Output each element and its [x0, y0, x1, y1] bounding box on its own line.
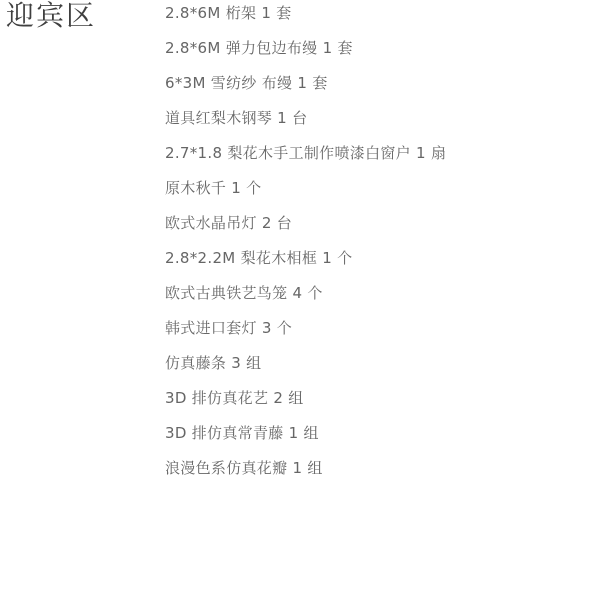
list-item: 原木秋千 1 个: [165, 171, 446, 206]
list-item: 3D 排仿真花艺 2 组: [165, 381, 446, 416]
list-item: 2.8*6M 桁架 1 套: [165, 0, 446, 31]
list-item: 浪漫色系仿真花瓣 1 组: [165, 451, 446, 486]
list-item: 仿真藤条 3 组: [165, 346, 446, 381]
equipment-list: 2.8*6M 桁架 1 套2.8*6M 弹力包边布缦 1 套6*3M 雪纺纱 布…: [165, 0, 446, 486]
list-item: 欧式水晶吊灯 2 台: [165, 206, 446, 241]
list-item: 2.8*2.2M 梨花木相框 1 个: [165, 241, 446, 276]
list-item: 2.8*6M 弹力包边布缦 1 套: [165, 31, 446, 66]
list-item: 3D 排仿真常青藤 1 组: [165, 416, 446, 451]
list-item: 欧式古典铁艺鸟笼 4 个: [165, 276, 446, 311]
section-title: 迎宾区: [6, 0, 96, 32]
list-item: 6*3M 雪纺纱 布缦 1 套: [165, 66, 446, 101]
list-item: 2.7*1.8 梨花木手工制作喷漆白窗户 1 扇: [165, 136, 446, 171]
list-item: 道具红梨木钢琴 1 台: [165, 101, 446, 136]
list-item: 韩式进口套灯 3 个: [165, 311, 446, 346]
